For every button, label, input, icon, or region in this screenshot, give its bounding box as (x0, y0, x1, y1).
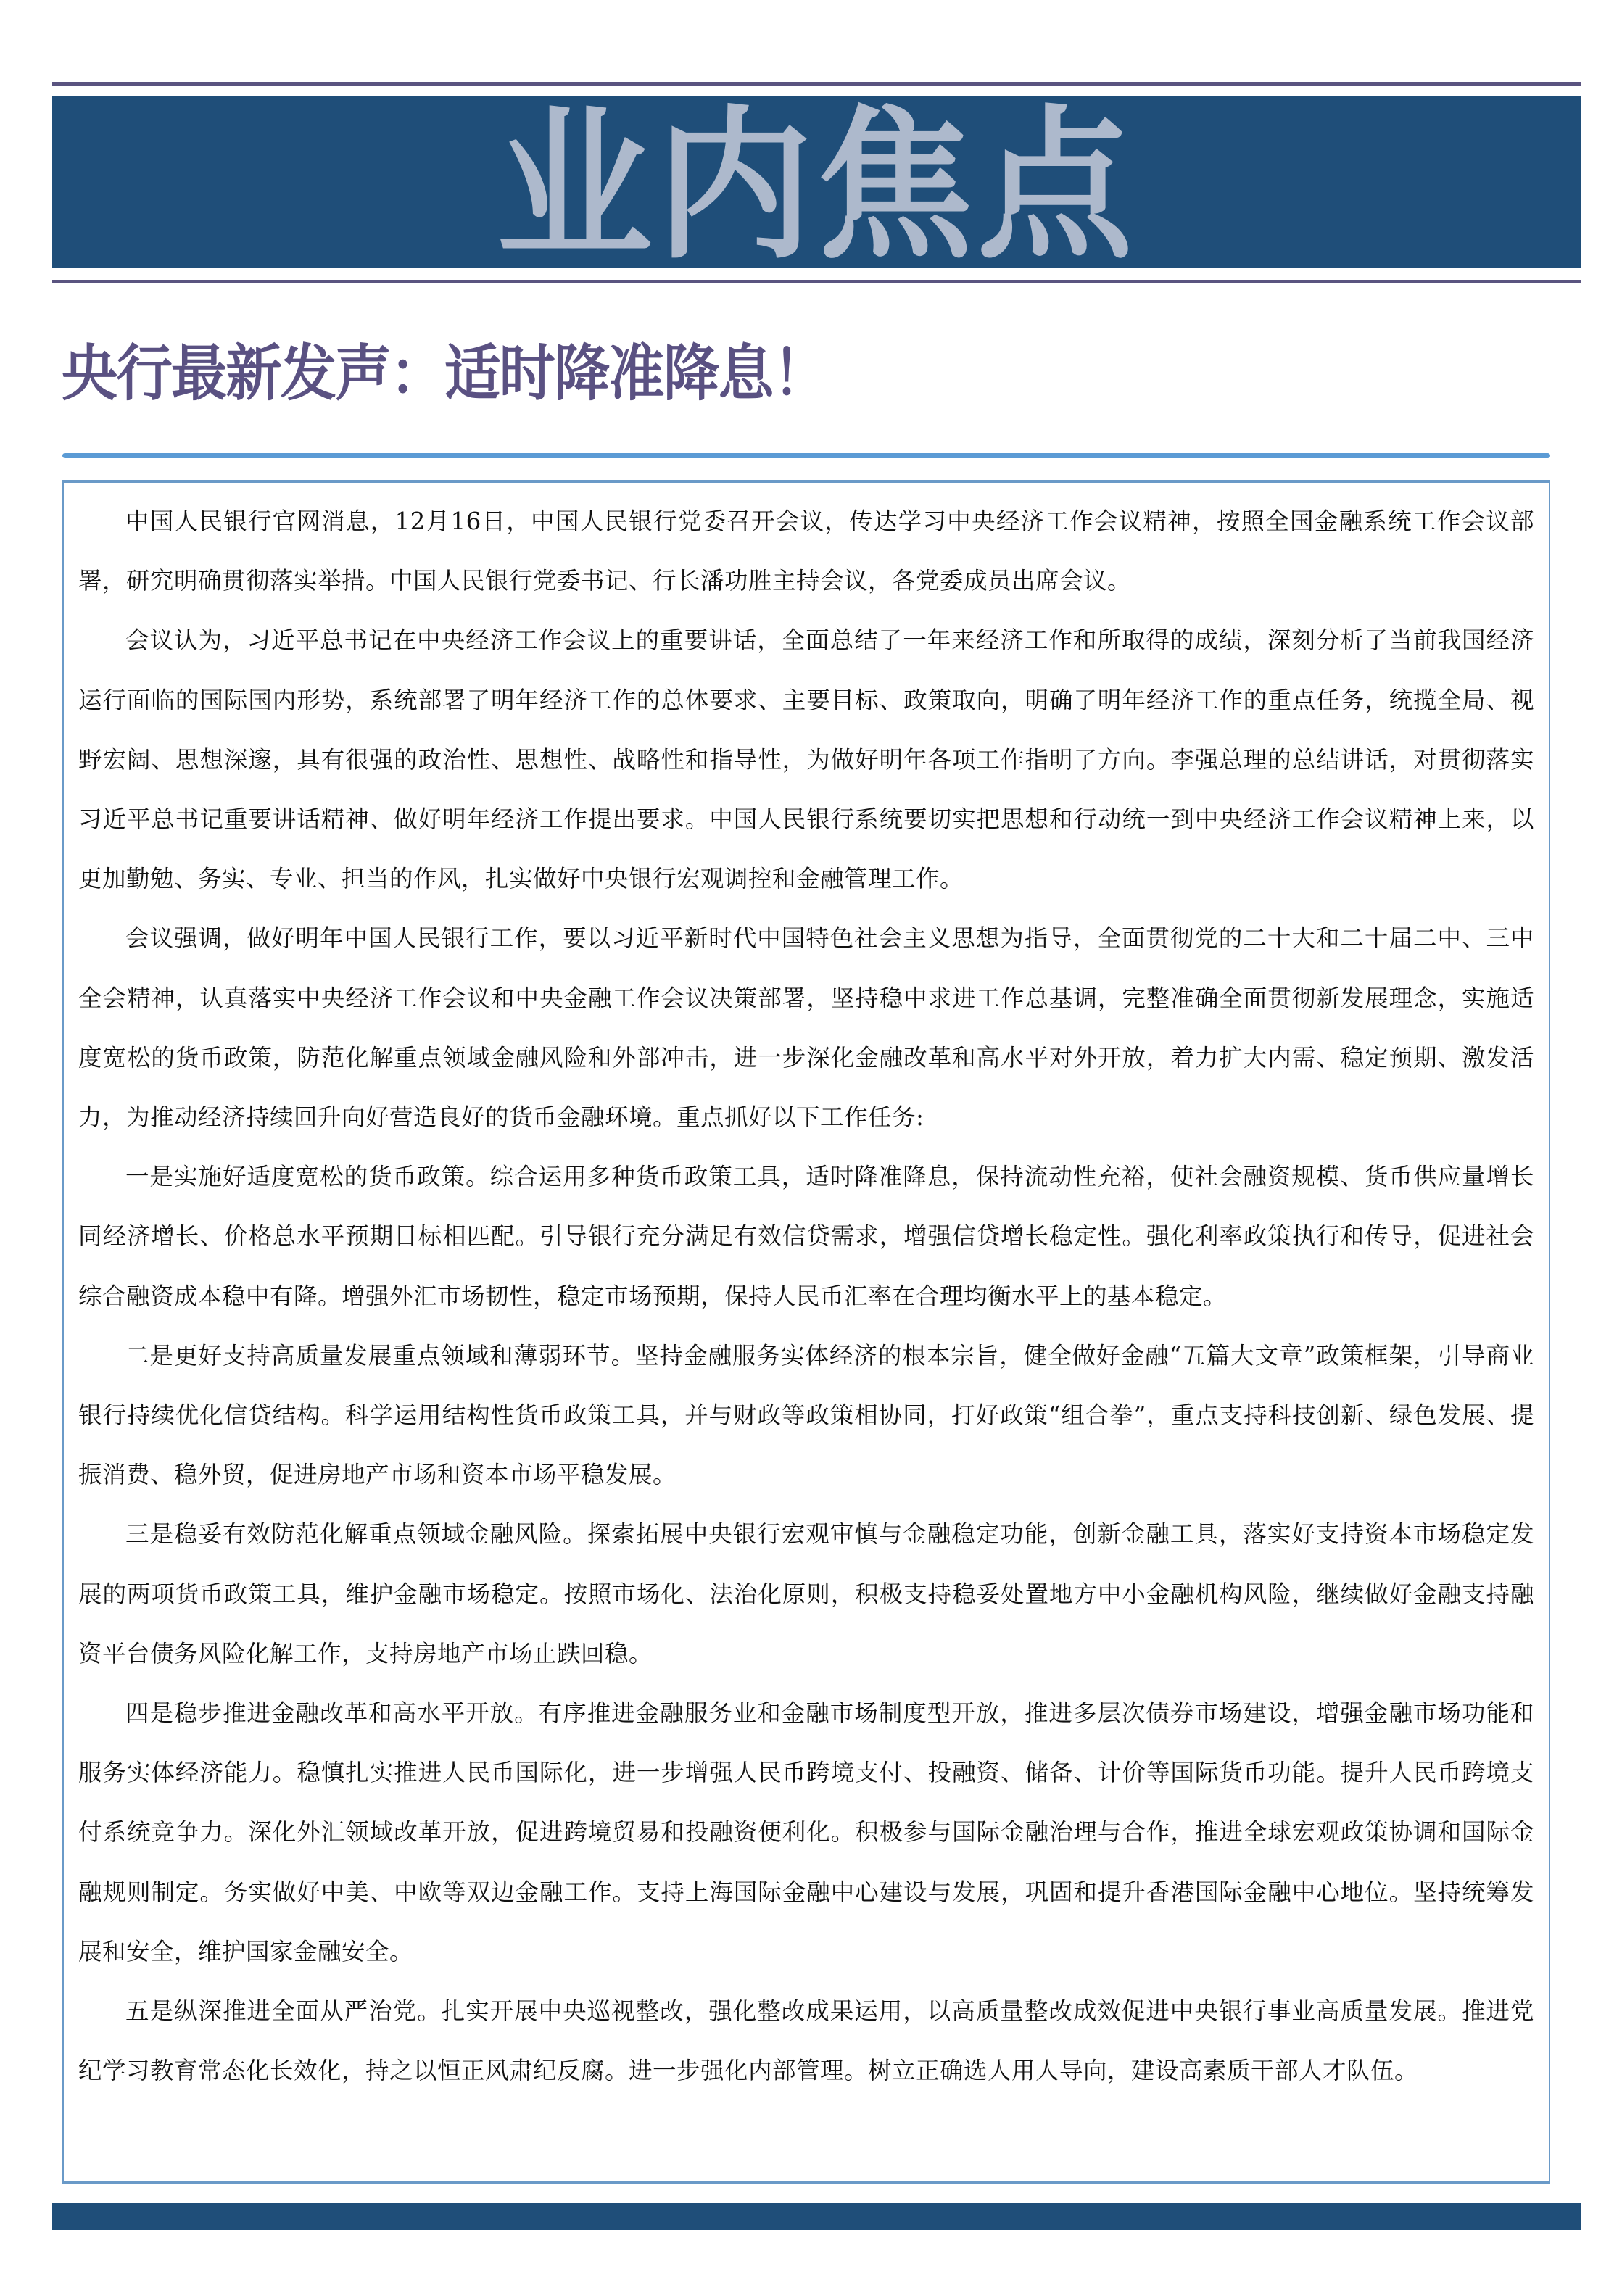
article-body: 中国人民银行官网消息，12月16日，中国人民银行党委召开会议，传达学习中央经济工… (78, 492, 1534, 2100)
article-paragraph-3: 会议强调，做好明年中国人民银行工作，要以习近平新时代中国特色社会主义思想为指导，… (78, 908, 1534, 1147)
headline-divider (62, 453, 1550, 458)
article-paragraph-1: 中国人民银行官网消息，12月16日，中国人民银行党委召开会议，传达学习中央经济工… (78, 492, 1534, 610)
article-paragraph-5: 二是更好支持高质量发展重点领域和薄弱环节。坚持金融服务实体经济的根本宗旨，健全做… (78, 1326, 1534, 1505)
section-banner: 业内焦点 (52, 96, 1581, 268)
article-paragraph-6: 三是稳妥有效防范化解重点领域金融风险。探索拓展中央银行宏观审慎与金融稳定功能，创… (78, 1504, 1534, 1683)
article-headline: 央行最新发声：适时降准降息！ (62, 330, 827, 417)
banner-title: 业内焦点 (497, 104, 1138, 268)
footer-bar (52, 2203, 1581, 2230)
article-paragraph-8: 五是纵深推进全面从严治党。扎实开展中央巡视整改，强化整改成果运用，以高质量整改成… (78, 1981, 1534, 2100)
article-body-box: 中国人民银行官网消息，12月16日，中国人民银行党委召开会议，传达学习中央经济工… (62, 480, 1550, 2184)
article-paragraph-7: 四是稳步推进金融改革和高水平开放。有序推进金融服务业和金融市场制度型开放，推进多… (78, 1683, 1534, 1981)
article-paragraph-2: 会议认为，习近平总书记在中央经济工作会议上的重要讲话，全面总结了一年来经济工作和… (78, 610, 1534, 908)
header-top-rule (52, 82, 1581, 86)
article-paragraph-4: 一是实施好适度宽松的货币政策。综合运用多种货币政策工具，适时降准降息，保持流动性… (78, 1147, 1534, 1326)
header-bottom-rule (52, 280, 1581, 283)
